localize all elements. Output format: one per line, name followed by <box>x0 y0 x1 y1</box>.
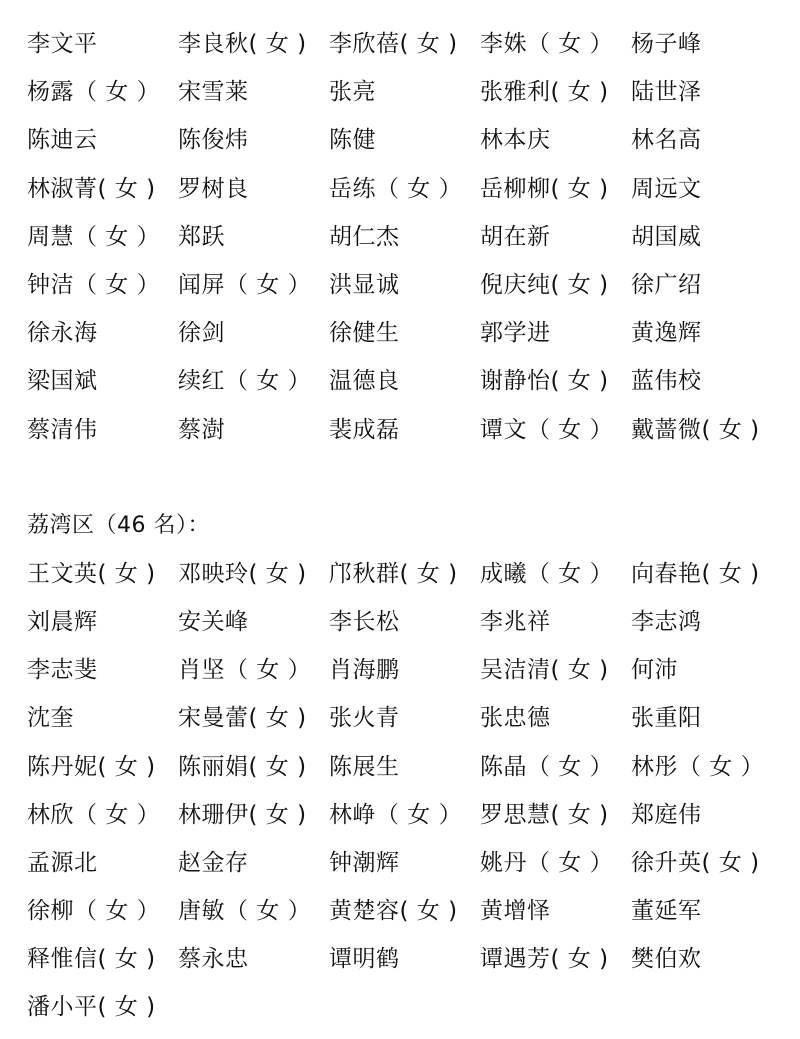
name-entry: 宋曼蕾( 女 ) <box>178 694 329 742</box>
name-entry: 吴洁清( 女 ) <box>480 646 631 694</box>
name-entry: 郭学进 <box>480 309 631 357</box>
name-entry: 闻屏（ 女 ） <box>178 261 329 309</box>
name-entry: 林峥（ 女 ） <box>329 791 480 839</box>
name-entry: 张火青 <box>329 694 480 742</box>
name-entry: 张亮 <box>329 68 480 116</box>
name-grid-section-2: 王文英( 女 )邓映玲( 女 )邝秋群( 女 )成曦（ 女 ）向春艳( 女 )刘… <box>27 550 797 1032</box>
name-entry: 唐敏（ 女 ） <box>178 887 329 935</box>
name-entry: 谭遇芳( 女 ) <box>480 935 631 983</box>
name-entry: 蔡永忠 <box>178 935 329 983</box>
name-entry: 裴成磊 <box>329 406 480 454</box>
name-entry: 张忠德 <box>480 694 631 742</box>
name-entry: 郑跃 <box>178 213 329 261</box>
name-entry: 谭文（ 女 ） <box>480 406 631 454</box>
name-entry: 蔡清伟 <box>27 406 178 454</box>
name-entry: 沈奎 <box>27 694 178 742</box>
name-entry: 徐健生 <box>329 309 480 357</box>
name-entry: 赵金存 <box>178 839 329 887</box>
name-entry: 潘小平( 女 ) <box>27 983 178 1031</box>
name-entry: 林珊伊( 女 ) <box>178 791 329 839</box>
name-entry: 陈晶（ 女 ） <box>480 743 631 791</box>
name-entry: 李欣蓓( 女 ) <box>329 20 480 68</box>
name-entry: 陈丹妮( 女 ) <box>27 743 178 791</box>
name-entry: 成曦（ 女 ） <box>480 550 631 598</box>
name-entry: 李长松 <box>329 598 480 646</box>
name-entry: 倪庆纯( 女 ) <box>480 261 631 309</box>
name-entry: 陈展生 <box>329 743 480 791</box>
name-entry: 徐永海 <box>27 309 178 357</box>
name-entry: 安关峰 <box>178 598 329 646</box>
name-entry: 岳练（ 女 ） <box>329 165 480 213</box>
name-entry: 徐剑 <box>178 309 329 357</box>
name-entry: 岳柳柳( 女 ) <box>480 165 631 213</box>
name-entry: 胡在新 <box>480 213 631 261</box>
name-entry: 肖海鹏 <box>329 646 480 694</box>
name-list-document: 李文平李良秋( 女 )李欣蓓( 女 )李姝（ 女 ）杨子峰杨露（ 女 ）宋雪莱张… <box>27 20 797 1032</box>
name-entry: 温德良 <box>329 357 480 405</box>
name-entry: 陈健 <box>329 116 480 164</box>
name-entry: 释惟信( 女 ) <box>27 935 178 983</box>
name-entry: 钟洁（ 女 ） <box>27 261 178 309</box>
name-entry: 姚丹（ 女 ） <box>480 839 631 887</box>
name-entry: 胡国威 <box>631 213 782 261</box>
name-entry: 孟源北 <box>27 839 178 887</box>
name-entry: 黄增怿 <box>480 887 631 935</box>
name-entry: 陈迪云 <box>27 116 178 164</box>
name-entry: 樊伯欢 <box>631 935 782 983</box>
name-entry: 洪显诚 <box>329 261 480 309</box>
name-entry: 李兆祥 <box>480 598 631 646</box>
name-entry: 张重阳 <box>631 694 782 742</box>
name-entry: 谢静怡( 女 ) <box>480 357 631 405</box>
name-entry: 肖坚（ 女 ） <box>178 646 329 694</box>
name-entry: 李志鸿 <box>631 598 782 646</box>
name-entry: 林淑菁( 女 ) <box>27 165 178 213</box>
section-spacer <box>27 454 797 502</box>
name-entry: 李文平 <box>27 20 178 68</box>
name-entry: 李良秋( 女 ) <box>178 20 329 68</box>
name-entry: 杨子峰 <box>631 20 782 68</box>
name-entry: 戴蔷微( 女 ) <box>631 406 782 454</box>
name-entry: 郑庭伟 <box>631 791 782 839</box>
name-entry: 张雅利( 女 ) <box>480 68 631 116</box>
name-entry: 李姝（ 女 ） <box>480 20 631 68</box>
name-entry: 梁国斌 <box>27 357 178 405</box>
name-entry: 徐柳（ 女 ） <box>27 887 178 935</box>
name-entry: 王文英( 女 ) <box>27 550 178 598</box>
name-entry: 徐升英( 女 ) <box>631 839 782 887</box>
name-entry: 徐广绍 <box>631 261 782 309</box>
name-entry: 胡仁杰 <box>329 213 480 261</box>
name-entry: 邓映玲( 女 ) <box>178 550 329 598</box>
name-entry: 林本庆 <box>480 116 631 164</box>
name-entry: 董延军 <box>631 887 782 935</box>
name-entry: 周远文 <box>631 165 782 213</box>
name-entry: 蓝伟校 <box>631 357 782 405</box>
name-entry: 林名高 <box>631 116 782 164</box>
name-entry: 陈俊炜 <box>178 116 329 164</box>
name-grid-section-1: 李文平李良秋( 女 )李欣蓓( 女 )李姝（ 女 ）杨子峰杨露（ 女 ）宋雪莱张… <box>27 20 797 454</box>
name-entry: 钟潮辉 <box>329 839 480 887</box>
name-entry: 林彤（ 女 ） <box>631 743 782 791</box>
name-entry: 陈丽娟( 女 ) <box>178 743 329 791</box>
name-entry: 罗树良 <box>178 165 329 213</box>
name-entry: 宋雪莱 <box>178 68 329 116</box>
name-entry: 向春艳( 女 ) <box>631 550 782 598</box>
name-entry: 罗思慧( 女 ) <box>480 791 631 839</box>
name-entry: 李志斐 <box>27 646 178 694</box>
name-entry: 蔡澍 <box>178 406 329 454</box>
name-entry: 刘晨辉 <box>27 598 178 646</box>
name-entry: 黄逸辉 <box>631 309 782 357</box>
name-entry: 邝秋群( 女 ) <box>329 550 480 598</box>
name-entry: 黄楚容( 女 ) <box>329 887 480 935</box>
name-entry: 谭明鹤 <box>329 935 480 983</box>
name-entry: 林欣（ 女 ） <box>27 791 178 839</box>
name-entry: 陆世泽 <box>631 68 782 116</box>
section-title-liwan: 荔湾区（46 名）： <box>27 502 797 550</box>
name-entry: 何沛 <box>631 646 782 694</box>
name-entry: 杨露（ 女 ） <box>27 68 178 116</box>
name-entry: 周慧（ 女 ） <box>27 213 178 261</box>
name-entry: 续红（ 女 ） <box>178 357 329 405</box>
